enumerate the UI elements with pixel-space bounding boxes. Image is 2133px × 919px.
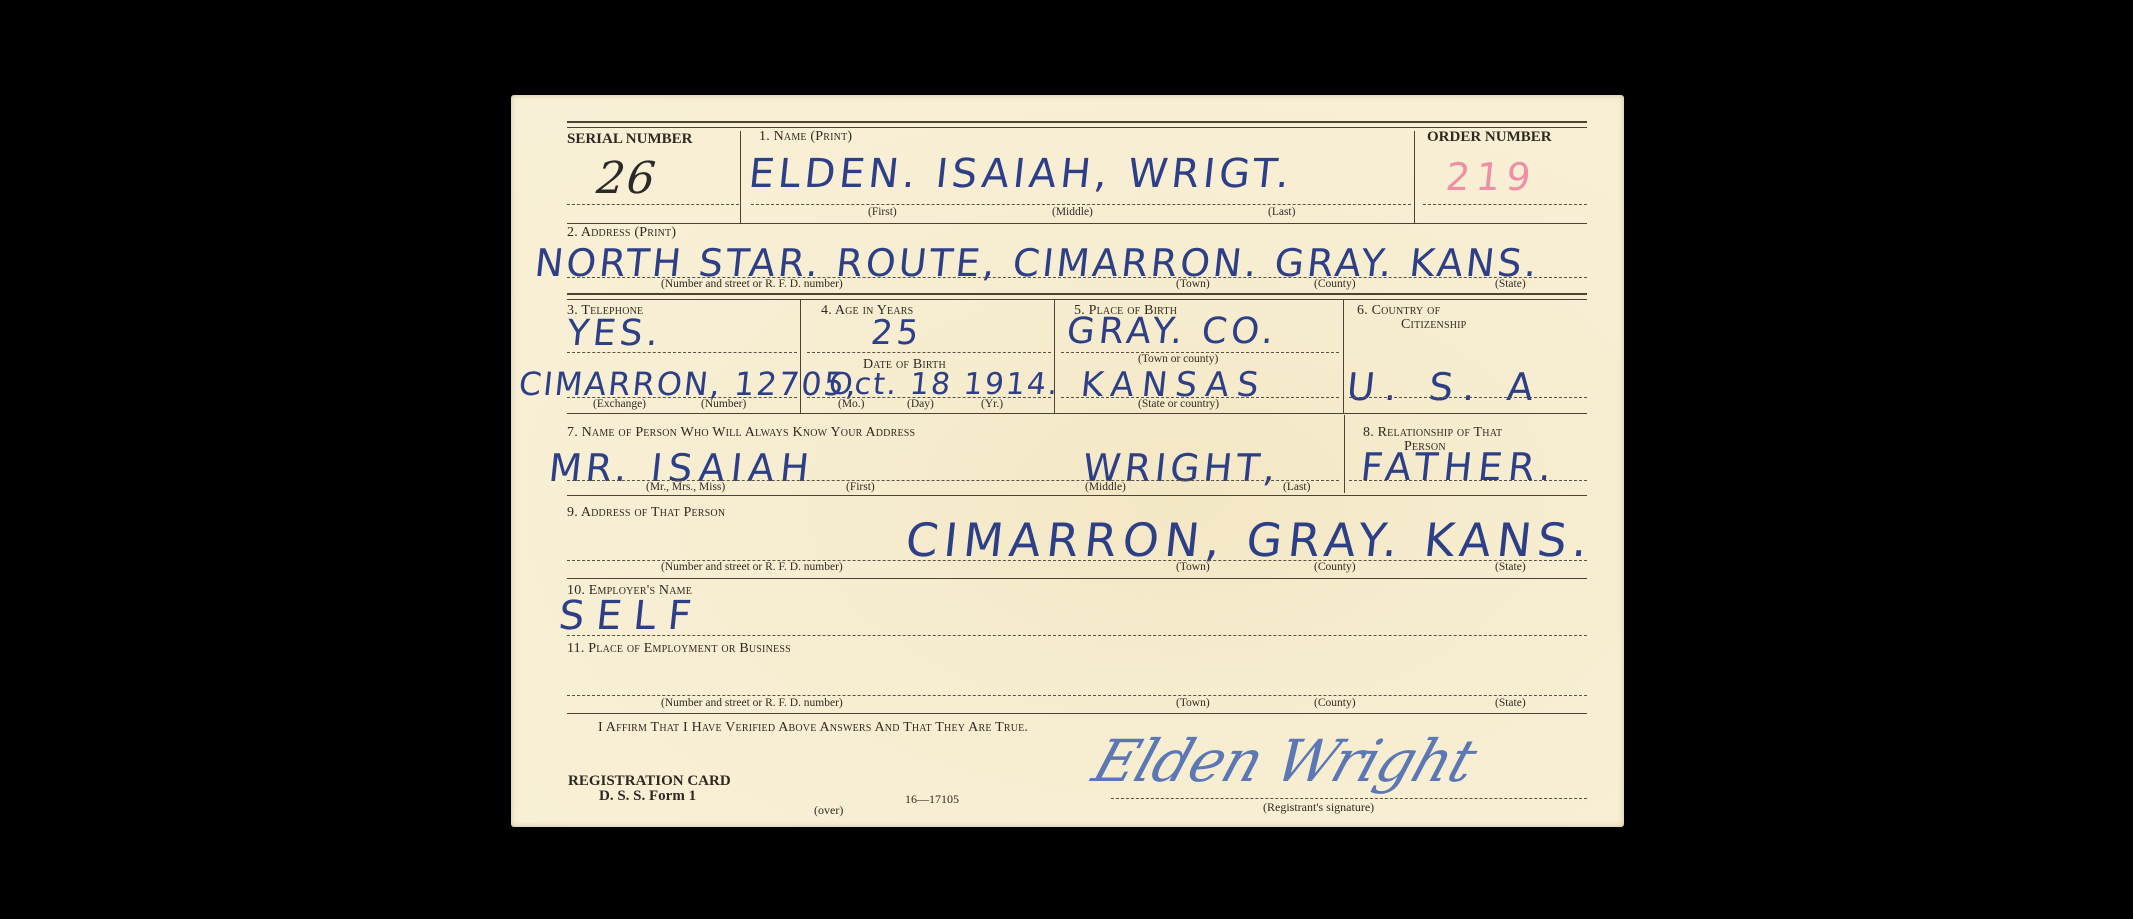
col-divider-6: [1343, 299, 1344, 413]
birthplace-sub-town: (Town or county): [1138, 353, 1218, 365]
telephone-value: YES.: [565, 313, 664, 354]
order-number-label: ORDER NUMBER: [1427, 129, 1552, 146]
contact-sub-first: (First): [846, 481, 875, 493]
registration-card: SERIAL NUMBER 26 1. Name (Print) ELDEN. …: [511, 95, 1624, 827]
name-value: ELDEN. ISAIAH, WRIGT.: [747, 151, 1296, 197]
age-line: [807, 352, 1051, 353]
telephone-line: [567, 352, 797, 353]
relationship-line: [1349, 480, 1587, 481]
citizenship-value: U. S. A: [1345, 365, 1546, 409]
employment-place-label: 11. Place of Employment or Business: [567, 641, 791, 657]
name-sub-middle: (Middle): [1052, 206, 1093, 218]
address-sub-county: (County): [1314, 278, 1356, 290]
rule-1: [567, 223, 1587, 224]
contact-title-value: MR.: [547, 446, 634, 490]
serial-divider: [740, 131, 741, 223]
order-number-value: 219: [1444, 155, 1539, 199]
address-sub-state: (State): [1495, 278, 1526, 290]
contact-label: 7. Name of Person Who Will Always Know Y…: [567, 425, 915, 441]
dob-sub-day: (Day): [907, 398, 934, 410]
telephone-sub-exchange: (Exchange): [593, 398, 646, 410]
employment-sub-town: (Town): [1176, 697, 1210, 709]
dob-sub-yr: (Yr.): [981, 398, 1003, 410]
serial-number-label: SERIAL NUMBER: [567, 131, 692, 148]
contact-address-sub-street: (Number and street or R. F. D. number): [661, 561, 843, 573]
rule-5: [567, 578, 1587, 579]
telephone-sub-number: (Number): [701, 398, 746, 410]
rule-2: [567, 293, 1587, 300]
contact-address-label: 9. Address of That Person: [567, 505, 725, 521]
registrant-signature: Elden Wright: [1085, 727, 1484, 795]
serial-number-value: 26: [594, 153, 659, 204]
rule-3: [567, 413, 1587, 414]
name-sub-last: (Last): [1268, 206, 1295, 218]
age-value: 25: [869, 313, 924, 353]
order-line: [1423, 204, 1587, 205]
birthplace-sub-state: (State or country): [1138, 398, 1219, 410]
employment-sub-state: (State): [1495, 697, 1526, 709]
contact-address-value: CIMARRON, GRAY. KANS.: [903, 513, 1596, 567]
contact-sub-middle: (Middle): [1085, 481, 1126, 493]
print-code: 16—17105: [905, 792, 959, 807]
contact-address-sub-town: (Town): [1176, 561, 1210, 573]
rule-4: [567, 495, 1587, 496]
address-label: 2. Address (Print): [567, 225, 676, 241]
signature-label: (Registrant's signature): [1263, 800, 1374, 815]
name-sub-first: (First): [868, 206, 897, 218]
col-divider-8: [1344, 415, 1345, 493]
citizenship-label-2: Citizenship: [1401, 317, 1466, 333]
signature-line: [1111, 798, 1587, 799]
relationship-value: FATHER.: [1359, 445, 1560, 489]
address-sub-town: (Town): [1176, 278, 1210, 290]
dob-sub-mo: (Mo.): [838, 398, 865, 410]
employment-place-line: [567, 695, 1587, 696]
order-divider: [1414, 131, 1415, 223]
name-label: 1. Name (Print): [759, 129, 852, 145]
serial-line: [567, 204, 739, 205]
employment-sub-county: (County): [1314, 697, 1356, 709]
affirmation-text: I Affirm That I Have Verified Above Answ…: [598, 720, 1028, 736]
address-sub-street: (Number and street or R. F. D. number): [661, 278, 843, 290]
birthplace-town-value: GRAY. CO.: [1065, 311, 1280, 352]
contact-sub-last: (Last): [1283, 481, 1310, 493]
over-text: (over): [814, 803, 843, 818]
employer-value: SELF: [557, 593, 706, 639]
contact-sub-title: (Mr., Mrs., Miss): [646, 481, 725, 493]
top-rule: [567, 121, 1587, 128]
form-number: D. S. S. Form 1: [599, 788, 696, 805]
contact-address-sub-county: (County): [1314, 561, 1356, 573]
citizenship-line: [1349, 397, 1587, 398]
name-line: [751, 204, 1411, 205]
employment-sub-street: (Number and street or R. F. D. number): [661, 697, 843, 709]
contact-address-sub-state: (State): [1495, 561, 1526, 573]
rule-6: [567, 713, 1587, 714]
employer-line: [567, 635, 1587, 636]
